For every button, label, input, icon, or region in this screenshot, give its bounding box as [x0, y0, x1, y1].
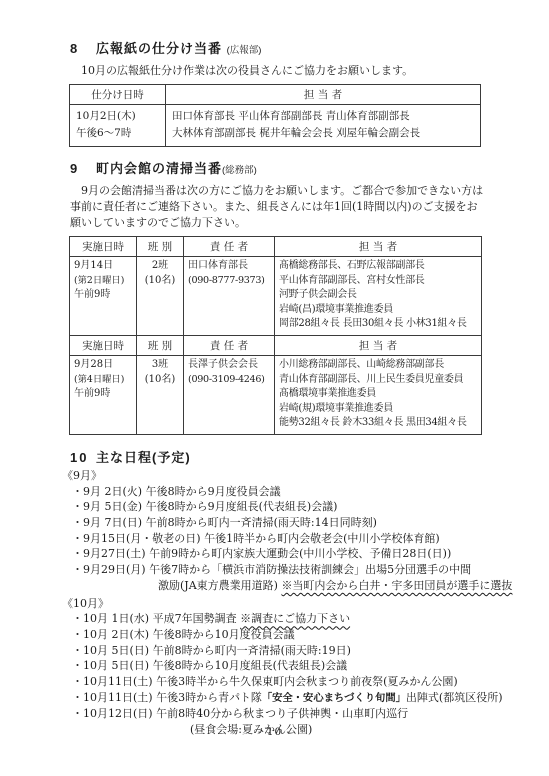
members-line: 田口体育部長 平山体育部副部長 青山体育部副部長 — [172, 108, 474, 125]
duty-date: 10月2日(木) — [76, 108, 159, 125]
september-label: 《9月》 — [62, 468, 549, 484]
schedule-item: ・10月 2日(木) 午後8時から10月度役員会議 — [72, 627, 549, 643]
section-8-number: 8 — [70, 40, 96, 57]
header-cell-date: 実施日時 — [70, 237, 137, 257]
schedule-item: ・10月12日(日) 午前8時40分から秋まつり子供神輿・山車町内巡行 — [72, 706, 549, 722]
duty2-date-cell: 9月28日 (第4日曜日) 午前9時 — [70, 355, 137, 434]
duty2-group: 3班 — [141, 358, 179, 373]
section-9-title: 町内会館の清掃当番 — [96, 161, 222, 176]
schedule-text: 出陣式(都筑区役所) — [406, 691, 503, 704]
section-10-number: 10 — [70, 449, 96, 466]
header-cell-leader: 責 任 者 — [184, 335, 275, 355]
cleaning-duty-row-2: 9月28日 (第4日曜日) 午前9時 3班 (10名) 長澤子供会会長 (090… — [70, 355, 482, 434]
duty1-leader-phone: (090-8777-9373) — [188, 274, 270, 289]
duty-datetime-cell: 10月2日(木) 午後6〜7時 — [70, 105, 166, 147]
duty2-group-cell: 3班 (10名) — [137, 355, 184, 434]
schedule-item: ・10月 5日(日) 午後8時から10月度組長(代表組長)会議 — [72, 658, 549, 674]
schedule-item: ・9月 5日(金) 午後8時から9月度組長(代表組長)会議) — [72, 499, 549, 515]
members-line: 能勢32組々長 鈴木33組々長 黒田34組々長 — [279, 416, 477, 431]
header-cell-date: 実施日時 — [70, 335, 137, 355]
duty2-weekday: (第4日曜日) — [74, 373, 132, 388]
members-line: 髙橋総務部長、石野広報部副部長 — [279, 259, 477, 274]
schedule-item: ・9月29日(月) 午後7時から「横浜市消防操法技術訓練会」出場5分団選手の中間 — [72, 562, 549, 578]
header-cell-leader: 責 任 者 — [184, 237, 275, 257]
header-cell-group: 班 別 — [137, 335, 184, 355]
schedule-text: ・10月 1日(水) 平成7年国勢調査 — [72, 612, 240, 625]
section-8-department-note: (広報部) — [227, 45, 262, 56]
duty1-date-cell: 9月14日 (第2日曜日) 午前9時 — [70, 257, 137, 336]
members-line: 河野子供会副会長 — [279, 288, 477, 303]
section-9-department-note: (総務部) — [222, 165, 257, 176]
schedule-item-continuation: 激励(JA東方農業用道路) ※当町内会から白井・宇多田団員が選手に選抜 — [158, 578, 549, 594]
schedule-item: ・10月11日(土) 午後3時半から牛久保東町内会秋まつり前夜祭(夏みかん公園) — [72, 674, 549, 690]
section-10: 10主な日程(予定) 《9月》 ・9月 2日(火) 午後8時から9月度役員会議 … — [0, 449, 549, 738]
members-line: 岡部28組々長 長田30組々長 小林31組々長 — [279, 317, 477, 332]
section-10-title: 主な日程(予定) — [96, 450, 191, 465]
duty1-time: 午前9時 — [74, 288, 132, 303]
section-10-heading: 10主な日程(予定) — [70, 449, 549, 466]
members-line: 大林体育部副部長 梶井年輪会会長 刈屋年輪会副会長 — [172, 125, 474, 142]
schedule-item: ・9月15日(月・敬老の日) 午後1時半から町内会敬老会(中川小学校体育館) — [72, 531, 549, 547]
page-number: - 10 - — [0, 726, 549, 738]
duty1-group-cell: 2班 (10名) — [137, 257, 184, 336]
duty2-date: 9月28日 — [74, 358, 132, 373]
members-line: 岩崎(昌)環境事業推進委員 — [279, 303, 477, 318]
schedule-item: ・10月 1日(水) 平成7年国勢調査 ※調査にご協力下さい — [72, 611, 549, 627]
schedule-item: ・9月 2日(火) 午後8時から9月度役員会議 — [72, 484, 549, 500]
header-cell-members: 担 当 者 — [275, 237, 482, 257]
section-8-intro: 10月の広報紙仕分け作業は次の役員さんにご協力をお願いします。 — [70, 63, 484, 79]
cleaning-table-header-row-2: 実施日時 班 別 責 任 者 担 当 者 — [70, 335, 482, 355]
members-line: 青山体育部副部長、川上民生委員児童委員 — [279, 373, 477, 388]
section-9-heading: 9町内会館の清掃当番(総務部) — [70, 160, 549, 179]
cleaning-duty-table: 実施日時 班 別 責 任 者 担 当 者 9月14日 (第2日曜日) 午前9時 … — [69, 236, 482, 435]
duty1-group: 2班 — [141, 259, 179, 274]
section-9: 9町内会館の清掃当番(総務部) 9月の会館清掃当番は次の方にご協力をお願いします… — [0, 160, 549, 435]
section-8-heading: 8広報紙の仕分け当番 (広報部) — [70, 40, 549, 59]
duty1-members-cell: 髙橋総務部長、石野広報部副部長 平山体育部副部長、宮村女性部長 河野子供会副会長… — [275, 257, 482, 336]
cleaning-table-header-row: 実施日時 班 別 責 任 者 担 当 者 — [70, 237, 482, 257]
newsletter-page: 8広報紙の仕分け当番 (広報部) 10月の広報紙仕分け作業は次の役員さんにご協力… — [0, 0, 549, 776]
header-cell-members: 担 当 者 — [275, 335, 482, 355]
section-8-title: 広報紙の仕分け当番 — [96, 41, 222, 56]
schedule-text: ・10月11日(土) 午後3時から青パト隊 — [72, 691, 262, 704]
duty1-date: 9月14日 — [74, 259, 132, 274]
duty1-leader: 田口体育部長 — [188, 259, 270, 274]
duty-time: 午後6〜7時 — [76, 125, 159, 142]
schedule-item: ・9月27日(土) 午前9時から町内家族大運動会(中川小学校、予備日28日(日)… — [72, 546, 549, 562]
duty1-weekday: (第2日曜日) — [74, 274, 132, 289]
duty2-group-size: (10名) — [141, 373, 179, 388]
emphasis-wavy-text: ※調査にご協力下さい — [240, 612, 350, 625]
cleaning-duty-row-1: 9月14日 (第2日曜日) 午前9時 2班 (10名) 田口体育部長 (090-… — [70, 257, 482, 336]
sorting-table-header-row: 仕分け日時 担 当 者 — [70, 85, 481, 105]
october-label: 《10月》 — [62, 596, 549, 612]
schedule-item: ・10月 5日(日) 午前8時から町内一斉清掃(雨天時:19日) — [72, 643, 549, 659]
duty2-leader-phone: (090-3109-4246) — [188, 373, 270, 388]
duty1-group-size: (10名) — [141, 274, 179, 289]
header-cell-members: 担 当 者 — [166, 85, 481, 105]
schedule-item: ・10月11日(土) 午後3時から青パト隊「安全・安心まちづくり旬間」出陣式(都… — [72, 690, 549, 707]
section-9-number: 9 — [70, 160, 96, 177]
schedule-item: ・9月 7日(日) 午前8時から町内一斉清掃(雨天時:14日同時刻) — [72, 515, 549, 531]
members-line: 小川総務部副部長、山崎総務部副部長 — [279, 358, 477, 373]
sorting-table-row: 10月2日(木) 午後6〜7時 田口体育部長 平山体育部副部長 青山体育部副部長… — [70, 105, 481, 147]
duty2-leader-cell: 長澤子供会会長 (090-3109-4246) — [184, 355, 275, 434]
continuation-text: 激励(JA東方農業用道路) — [158, 579, 281, 592]
members-line: 岩崎(規)環境事業推進委員 — [279, 402, 477, 417]
duty-members-cell: 田口体育部長 平山体育部副部長 青山体育部副部長 大林体育部副部長 梶井年輪会会… — [166, 105, 481, 147]
members-line: 髙橋環境事業推進委員 — [279, 387, 477, 402]
emphasis-bold-text: 「安全・安心まちづくり旬間」 — [262, 693, 406, 704]
duty2-members-cell: 小川総務部副部長、山崎総務部副部長 青山体育部副部長、川上民生委員児童委員 髙橋… — [275, 355, 482, 434]
sorting-duty-table: 仕分け日時 担 当 者 10月2日(木) 午後6〜7時 田口体育部長 平山体育部… — [69, 84, 481, 147]
emphasis-wavy-text: ※当町内会から白井・宇多田団員が選手に選抜 — [281, 579, 512, 592]
duty2-time: 午前9時 — [74, 387, 132, 402]
duty1-leader-cell: 田口体育部長 (090-8777-9373) — [184, 257, 275, 336]
section-9-intro: 9月の会館清掃当番は次の方にご協力をお願いします。ご都合で参加できない方は事前に… — [70, 183, 484, 231]
duty2-leader: 長澤子供会会長 — [188, 358, 270, 373]
members-line: 平山体育部副部長、宮村女性部長 — [279, 274, 477, 289]
section-8: 8広報紙の仕分け当番 (広報部) 10月の広報紙仕分け作業は次の役員さんにご協力… — [0, 40, 549, 147]
header-cell-group: 班 別 — [137, 237, 184, 257]
header-cell-datetime: 仕分け日時 — [70, 85, 166, 105]
